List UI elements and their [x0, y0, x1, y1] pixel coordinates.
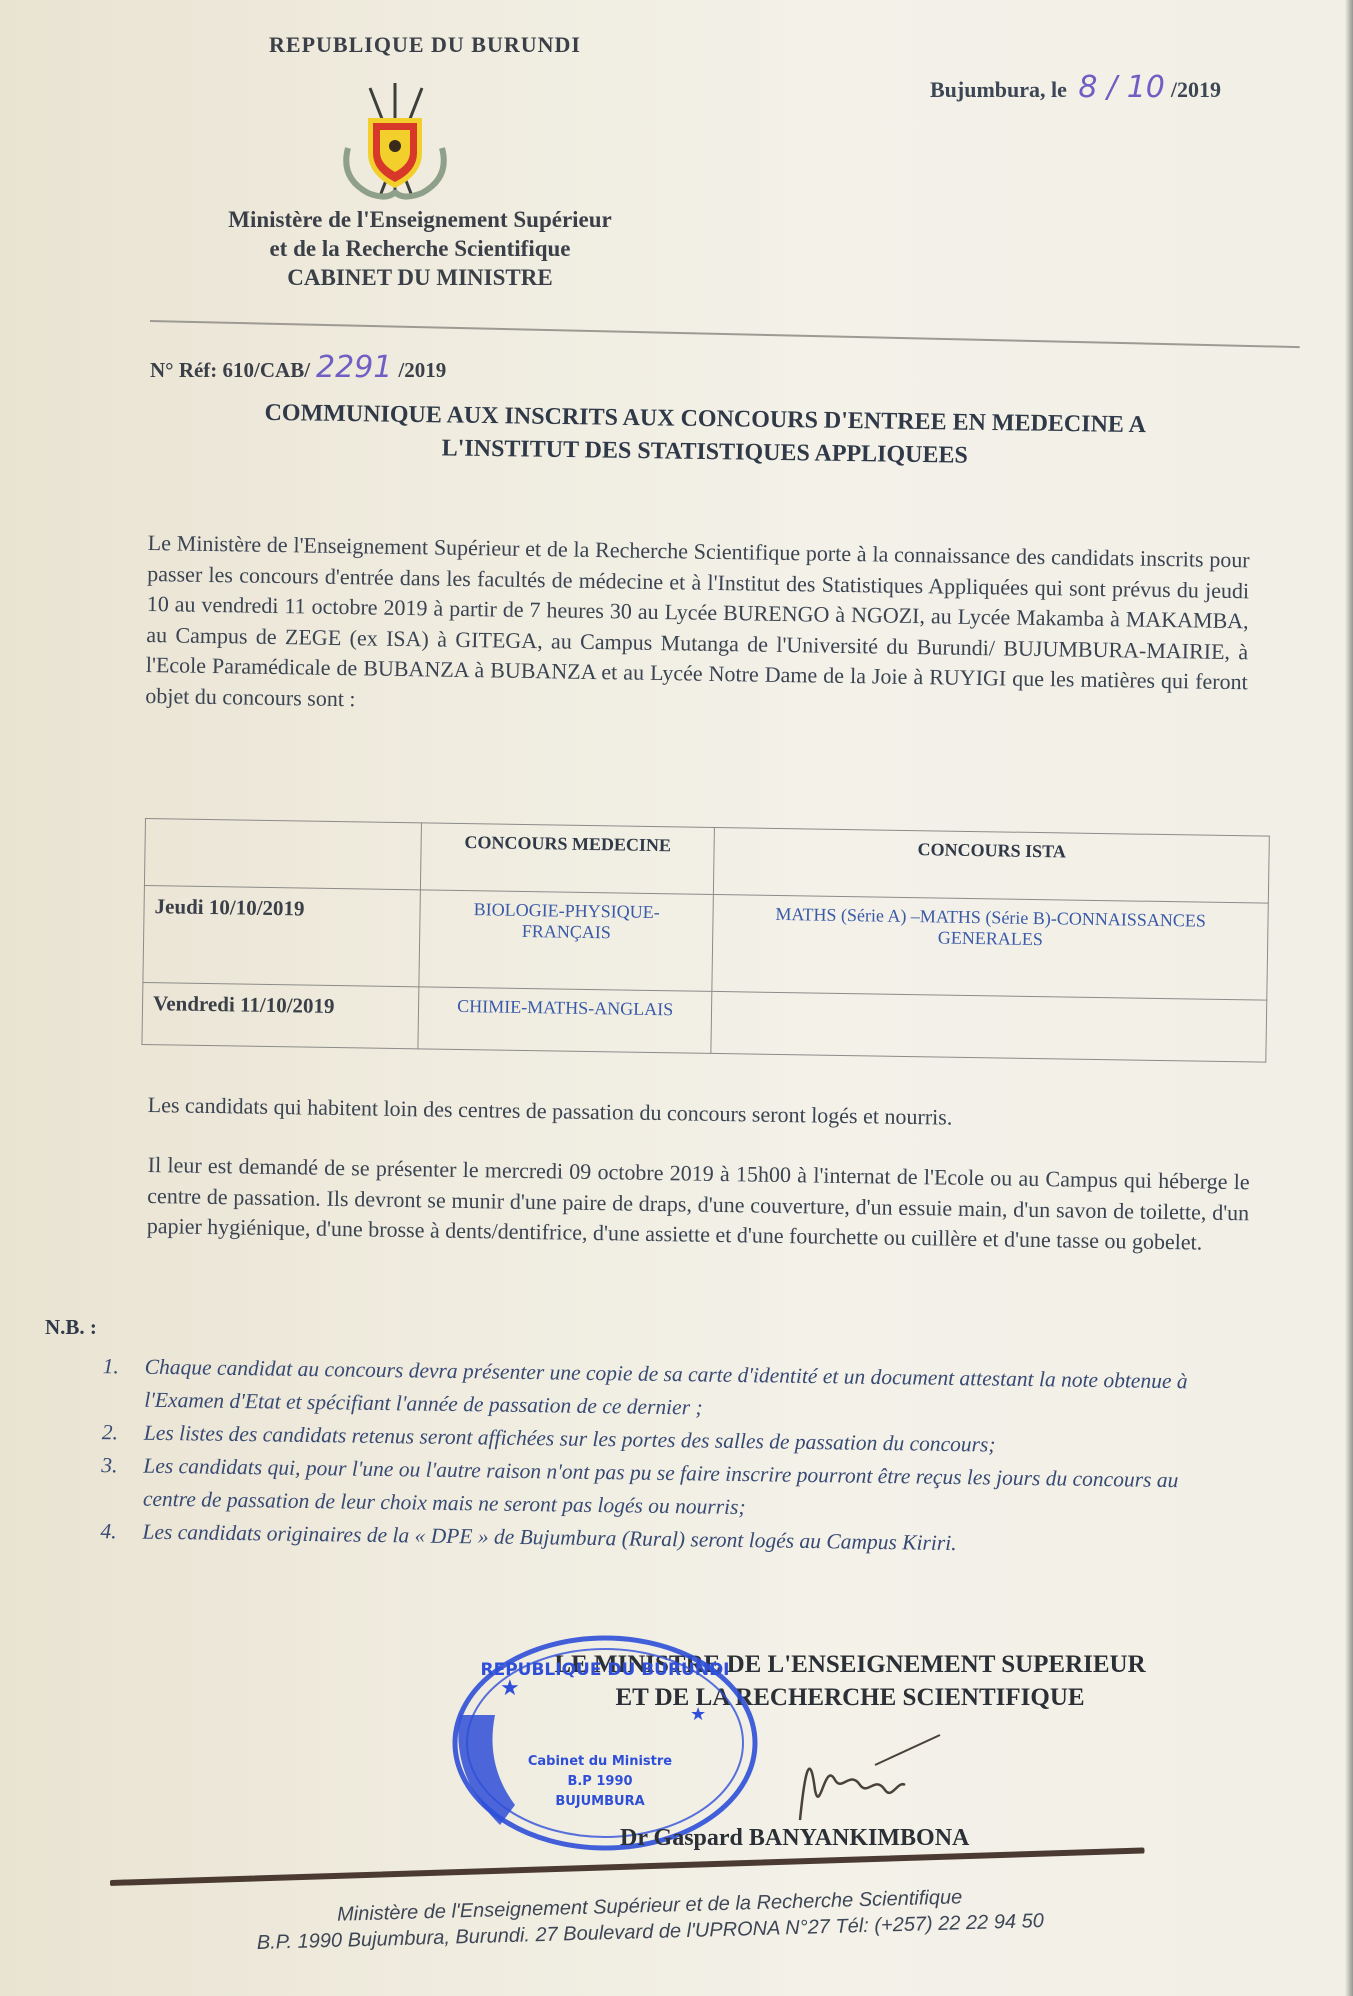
cabinet-line: CABINET DU MINISTRE — [160, 263, 680, 292]
svg-text:★: ★ — [690, 1704, 706, 1724]
communique-title: COMMUNIQUE AUX INSCRITS AUX CONCOURS D'E… — [160, 395, 1251, 476]
reference-number: N° Réf: 610/CAB/2291/2019 — [150, 350, 446, 385]
letterhead-footer: Ministère de l'Enseignement Supérieur et… — [174, 1880, 1125, 1959]
day-cell: Vendredi 11/10/2019 — [142, 982, 419, 1048]
header-cell-empty — [144, 819, 421, 890]
stamp-line-1: Cabinet du Ministre — [528, 1754, 672, 1769]
nb-label: N.B. : — [45, 1315, 97, 1340]
ref-suffix: /2019 — [398, 358, 446, 382]
document-page: REPUBLIQUE DU BURUNDI Ministère de l'Ens… — [0, 0, 1353, 1996]
exam-schedule-table: CONCOURS MEDECINE CONCOURS ISTA Jeudi 10… — [141, 818, 1269, 1063]
date-year: /2019 — [1171, 77, 1221, 102]
nb-list: 1.Chaque candidat au concours devra prés… — [92, 1350, 1235, 1564]
signatory-name: Dr Gaspard BANYANKIMBONA — [620, 1825, 969, 1852]
stamp-line-3: BUJUMBURA — [555, 1794, 644, 1809]
document-date: Bujumbura, le 8 / 10/2019 — [930, 70, 1221, 105]
stamp-line-2: B.P 1990 — [567, 1774, 632, 1789]
ista-subjects-cell — [711, 991, 1267, 1062]
nb-item-number: 1. — [103, 1350, 120, 1383]
official-stamp-icon: REPUBLIQUE DU BURUNDI Cabinet du Ministr… — [440, 1625, 780, 1855]
ministry-heading: Ministère de l'Enseignement Supérieur et… — [160, 205, 680, 292]
lodging-paragraph: Les candidats qui habitent loin des cent… — [148, 1090, 1250, 1138]
ref-prefix: N° Réf: 610/CAB/ — [150, 358, 310, 382]
date-handwritten: 8 / 10 — [1072, 70, 1170, 105]
table-row: Jeudi 10/10/2019 BIOLOGIE-PHYSIQUE-FRANÇ… — [143, 885, 1268, 1000]
intro-paragraph: Le Ministère de l'Enseignement Supérieur… — [145, 528, 1250, 728]
date-prefix: Bujumbura, le — [930, 77, 1067, 102]
ista-subjects-cell: MATHS (Série A) –MATHS (Série B)-CONNAIS… — [712, 894, 1268, 1000]
handwritten-signature-icon — [780, 1730, 960, 1830]
instructions-paragraph: Il leur est demandé de se présenter le m… — [147, 1150, 1250, 1259]
nb-item-text: Les candidats originaires de la « DPE » … — [142, 1520, 956, 1555]
page-edge-shadow — [1345, 0, 1353, 1996]
header-cell-medecine: CONCOURS MEDECINE — [420, 823, 714, 895]
burundi-coat-of-arms-icon — [330, 78, 460, 203]
svg-text:★: ★ — [500, 1675, 520, 1700]
nb-item-text: Chaque candidat au concours devra présen… — [144, 1355, 1188, 1420]
nb-item-number: 2. — [102, 1416, 119, 1449]
nb-item-text: Les candidats qui, pour l'une ou l'autre… — [143, 1454, 1179, 1519]
republic-heading: REPUBLIQUE DU BURUNDI — [225, 32, 625, 58]
ministry-line-1: Ministère de l'Enseignement Supérieur — [160, 205, 680, 234]
medecine-subjects-cell: BIOLOGIE-PHYSIQUE-FRANÇAIS — [419, 890, 714, 992]
header-cell-ista: CONCOURS ISTA — [714, 827, 1270, 903]
header-divider — [150, 320, 1300, 348]
day-cell: Jeudi 10/10/2019 — [143, 885, 420, 986]
nb-item-number: 3. — [101, 1449, 118, 1482]
nb-item-number: 4. — [100, 1515, 117, 1548]
ministry-line-2: et de la Recherche Scientifique — [160, 234, 680, 263]
ref-handwritten-number: 2291 — [310, 350, 398, 385]
medecine-subjects-cell: CHIMIE-MATHS-ANGLAIS — [418, 987, 712, 1054]
